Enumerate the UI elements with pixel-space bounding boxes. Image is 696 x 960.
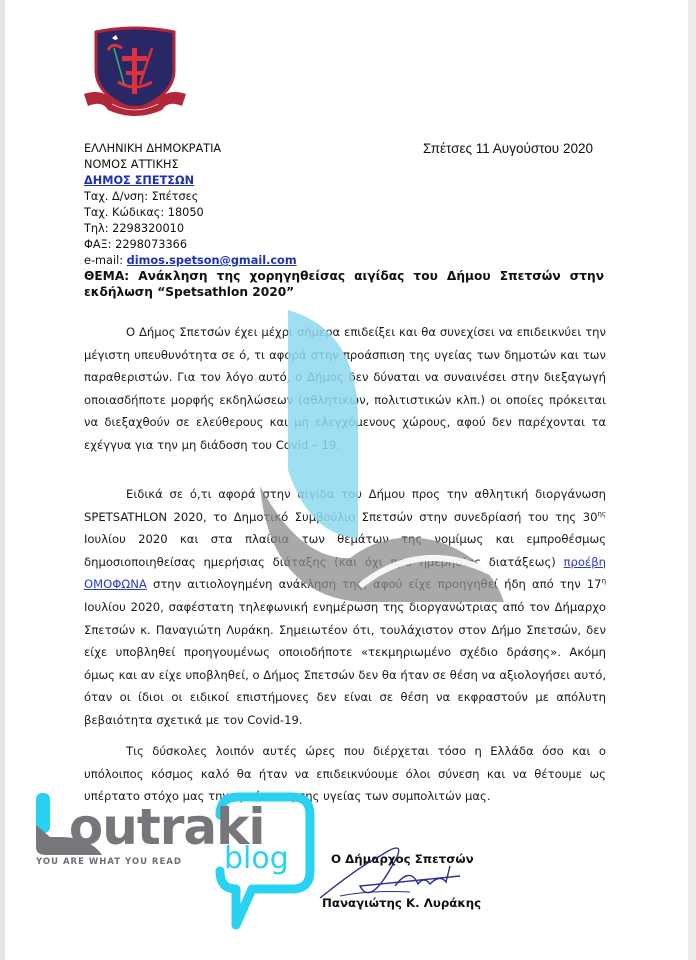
paragraph-2-text-b: Ιουλίου 2020 και στα πλαίσια των θεμάτων…: [84, 532, 606, 569]
watermark-blog-text: blog: [224, 842, 289, 876]
address-label: Ταχ. Δ/νση:: [84, 190, 148, 203]
email-line: e-mail: dimos.spetson@gmail.com: [84, 253, 297, 269]
postcode-label: Ταχ. Κώδικας:: [84, 206, 164, 219]
postcode-line: Ταχ. Κώδικας: 18050: [84, 205, 297, 221]
letter-subject: ΘΕΜΑ: Ανάκληση της χορηγηθείσας αιγίδας …: [84, 268, 604, 300]
phone-label: Τηλ:: [84, 222, 109, 235]
paragraph-2: Ειδικά σε ό,τι αφορά στην αιγίδα του Δήμ…: [84, 483, 606, 732]
prefecture-label: ΝΟΜΟΣ ΑΤΤΙΚΗΣ: [84, 157, 297, 173]
signatory-name: Παναγιώτης Κ. Λυράκης: [322, 896, 481, 910]
municipality-label: ΔΗΜΟΣ ΣΠΕΤΣΩΝ: [84, 173, 297, 189]
fax-line: ΦΑΞ: 2298073366: [84, 237, 297, 253]
phone-line: Τηλ: 2298320010: [84, 221, 297, 237]
sender-block: ΕΛΛΗΝΙΚΗ ΔΗΜΟΚΡΑΤΙΑ ΝΟΜΟΣ ΑΤΤΙΚΗΣ ΔΗΜΟΣ …: [84, 141, 297, 269]
ordinal-suffix: η: [602, 578, 606, 586]
postcode-value: 18050: [168, 206, 204, 219]
fax-value: 2298073366: [115, 238, 187, 251]
country-label: ΕΛΛΗΝΙΚΗ ΔΗΜΟΚΡΑΤΙΑ: [84, 141, 297, 157]
paragraph-2-text-d: Ιουλίου 2020, σαφέστατη τηλεφωνική ενημέ…: [84, 600, 606, 727]
paragraph-2-text-a: Ειδικά σε ό,τι αφορά στην αιγίδα του Δήμ…: [84, 487, 606, 524]
phone-value: 2298320010: [112, 222, 184, 235]
address-value: Σπέτσες: [152, 190, 199, 203]
ordinal-suffix: ης: [597, 510, 606, 518]
paragraph-1: Ο Δήμος Σπετσών έχει μέχρι σήμερα επιδεί…: [84, 321, 606, 457]
page-edge-right: [688, 0, 696, 960]
letter-date: Σπέτσες 11 Αυγούστου 2020: [423, 141, 593, 156]
page-edge-left: [0, 0, 5, 960]
email-label: e-mail:: [84, 254, 123, 267]
email-link[interactable]: dimos.spetson@gmail.com: [127, 254, 297, 267]
paragraph-1-text: Ο Δήμος Σπετσών έχει μέχρι σήμερα επιδεί…: [84, 325, 606, 452]
paragraph-2-text-c: στην αιτιολογημένη ανάκληση της, αφού εί…: [147, 577, 602, 591]
watermark-tagline: YOU ARE WHAT YOU READ: [36, 857, 182, 867]
address-line: Ταχ. Δ/νση: Σπέτσες: [84, 189, 297, 205]
fax-label: ΦΑΞ:: [84, 238, 112, 251]
municipality-crest-icon: [82, 26, 188, 118]
